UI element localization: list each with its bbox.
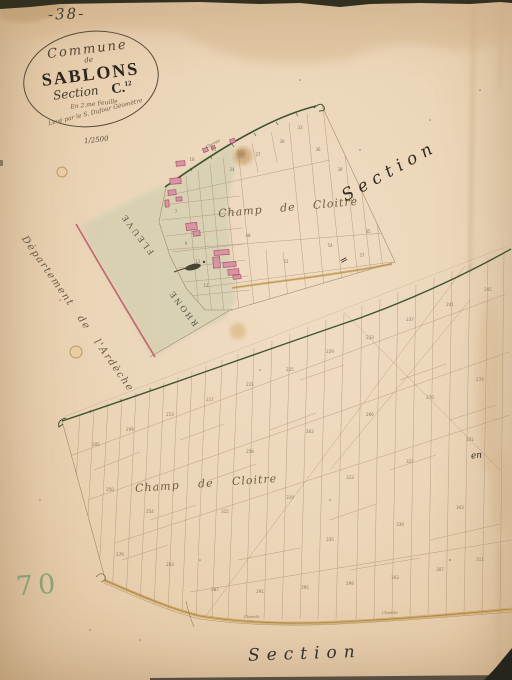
parcel-number: 21	[211, 148, 216, 152]
parcel-number: 311	[476, 558, 484, 562]
parcel-number: 339	[396, 523, 404, 527]
field-paths	[205, 262, 500, 617]
parcel-number: 42	[349, 198, 354, 202]
parcel-number: 205	[92, 443, 100, 447]
parcel-number: 283	[166, 563, 174, 567]
parcel-number: 315	[221, 510, 229, 514]
parcel-number: 229	[326, 350, 334, 354]
parcel-number: 254	[146, 510, 154, 514]
parcel-number: 54	[327, 244, 332, 248]
parcel-number: 303	[391, 576, 399, 580]
parcel-number: 241	[446, 303, 454, 307]
section-word: Section	[52, 84, 99, 101]
parcel-number: 233	[366, 336, 374, 340]
parcel-number: 30	[279, 140, 284, 144]
parcel-number: 291	[256, 590, 264, 594]
parcel-number: 279	[116, 553, 124, 557]
parcel-number: 327	[406, 460, 414, 464]
parcel-number: 323	[346, 476, 354, 480]
parcel-number: 307	[436, 568, 444, 572]
parcel-number: 11	[195, 260, 200, 264]
parcel-number: 7	[175, 210, 178, 214]
parcel-number: 51	[283, 260, 288, 264]
section-letter: C.12	[111, 80, 133, 97]
parcel-number: 36	[315, 148, 320, 152]
parcel-number: 57	[359, 254, 364, 258]
parcel-number: 295	[301, 586, 309, 590]
parcel-number: 27	[255, 153, 260, 157]
parcel-number: 33	[297, 126, 302, 130]
parcel-number: 24	[229, 168, 234, 172]
parcel-number: 274	[476, 378, 484, 382]
parcel-number: 213	[166, 413, 174, 417]
parcel-number: 270	[426, 396, 434, 400]
parcel-number: 18	[189, 158, 194, 162]
parcel-number: 13	[203, 284, 208, 288]
parcel-number: 287	[211, 588, 219, 592]
parcel-number: 209	[126, 428, 134, 432]
parcel-number: 250	[106, 488, 114, 492]
river-wash	[80, 144, 236, 358]
parcel-number: 237	[406, 318, 414, 322]
parcel-number: 331	[466, 438, 474, 442]
parcel-number: 39	[337, 168, 342, 172]
parcel-number: 266	[366, 413, 374, 417]
parcel-number: 343	[456, 506, 464, 510]
parcel-number: 221	[246, 383, 254, 387]
parcel-number: 217	[206, 398, 214, 402]
parcel-number: 258	[246, 450, 254, 454]
parcel-number: 9	[185, 242, 188, 246]
cadastral-map-sheet: -38- Commune de SABLONS Section C.12 En …	[0, 0, 512, 680]
parcel-number: 48	[245, 234, 250, 238]
parcel-number: 262	[306, 430, 314, 434]
parcel-number: 319	[286, 496, 294, 500]
parcel-number: 335	[326, 538, 334, 542]
parcel-number: 45	[365, 230, 370, 234]
parcel-number: 299	[346, 582, 354, 586]
parcel-number: 245	[484, 288, 492, 292]
parcel-number: 225	[286, 368, 294, 372]
